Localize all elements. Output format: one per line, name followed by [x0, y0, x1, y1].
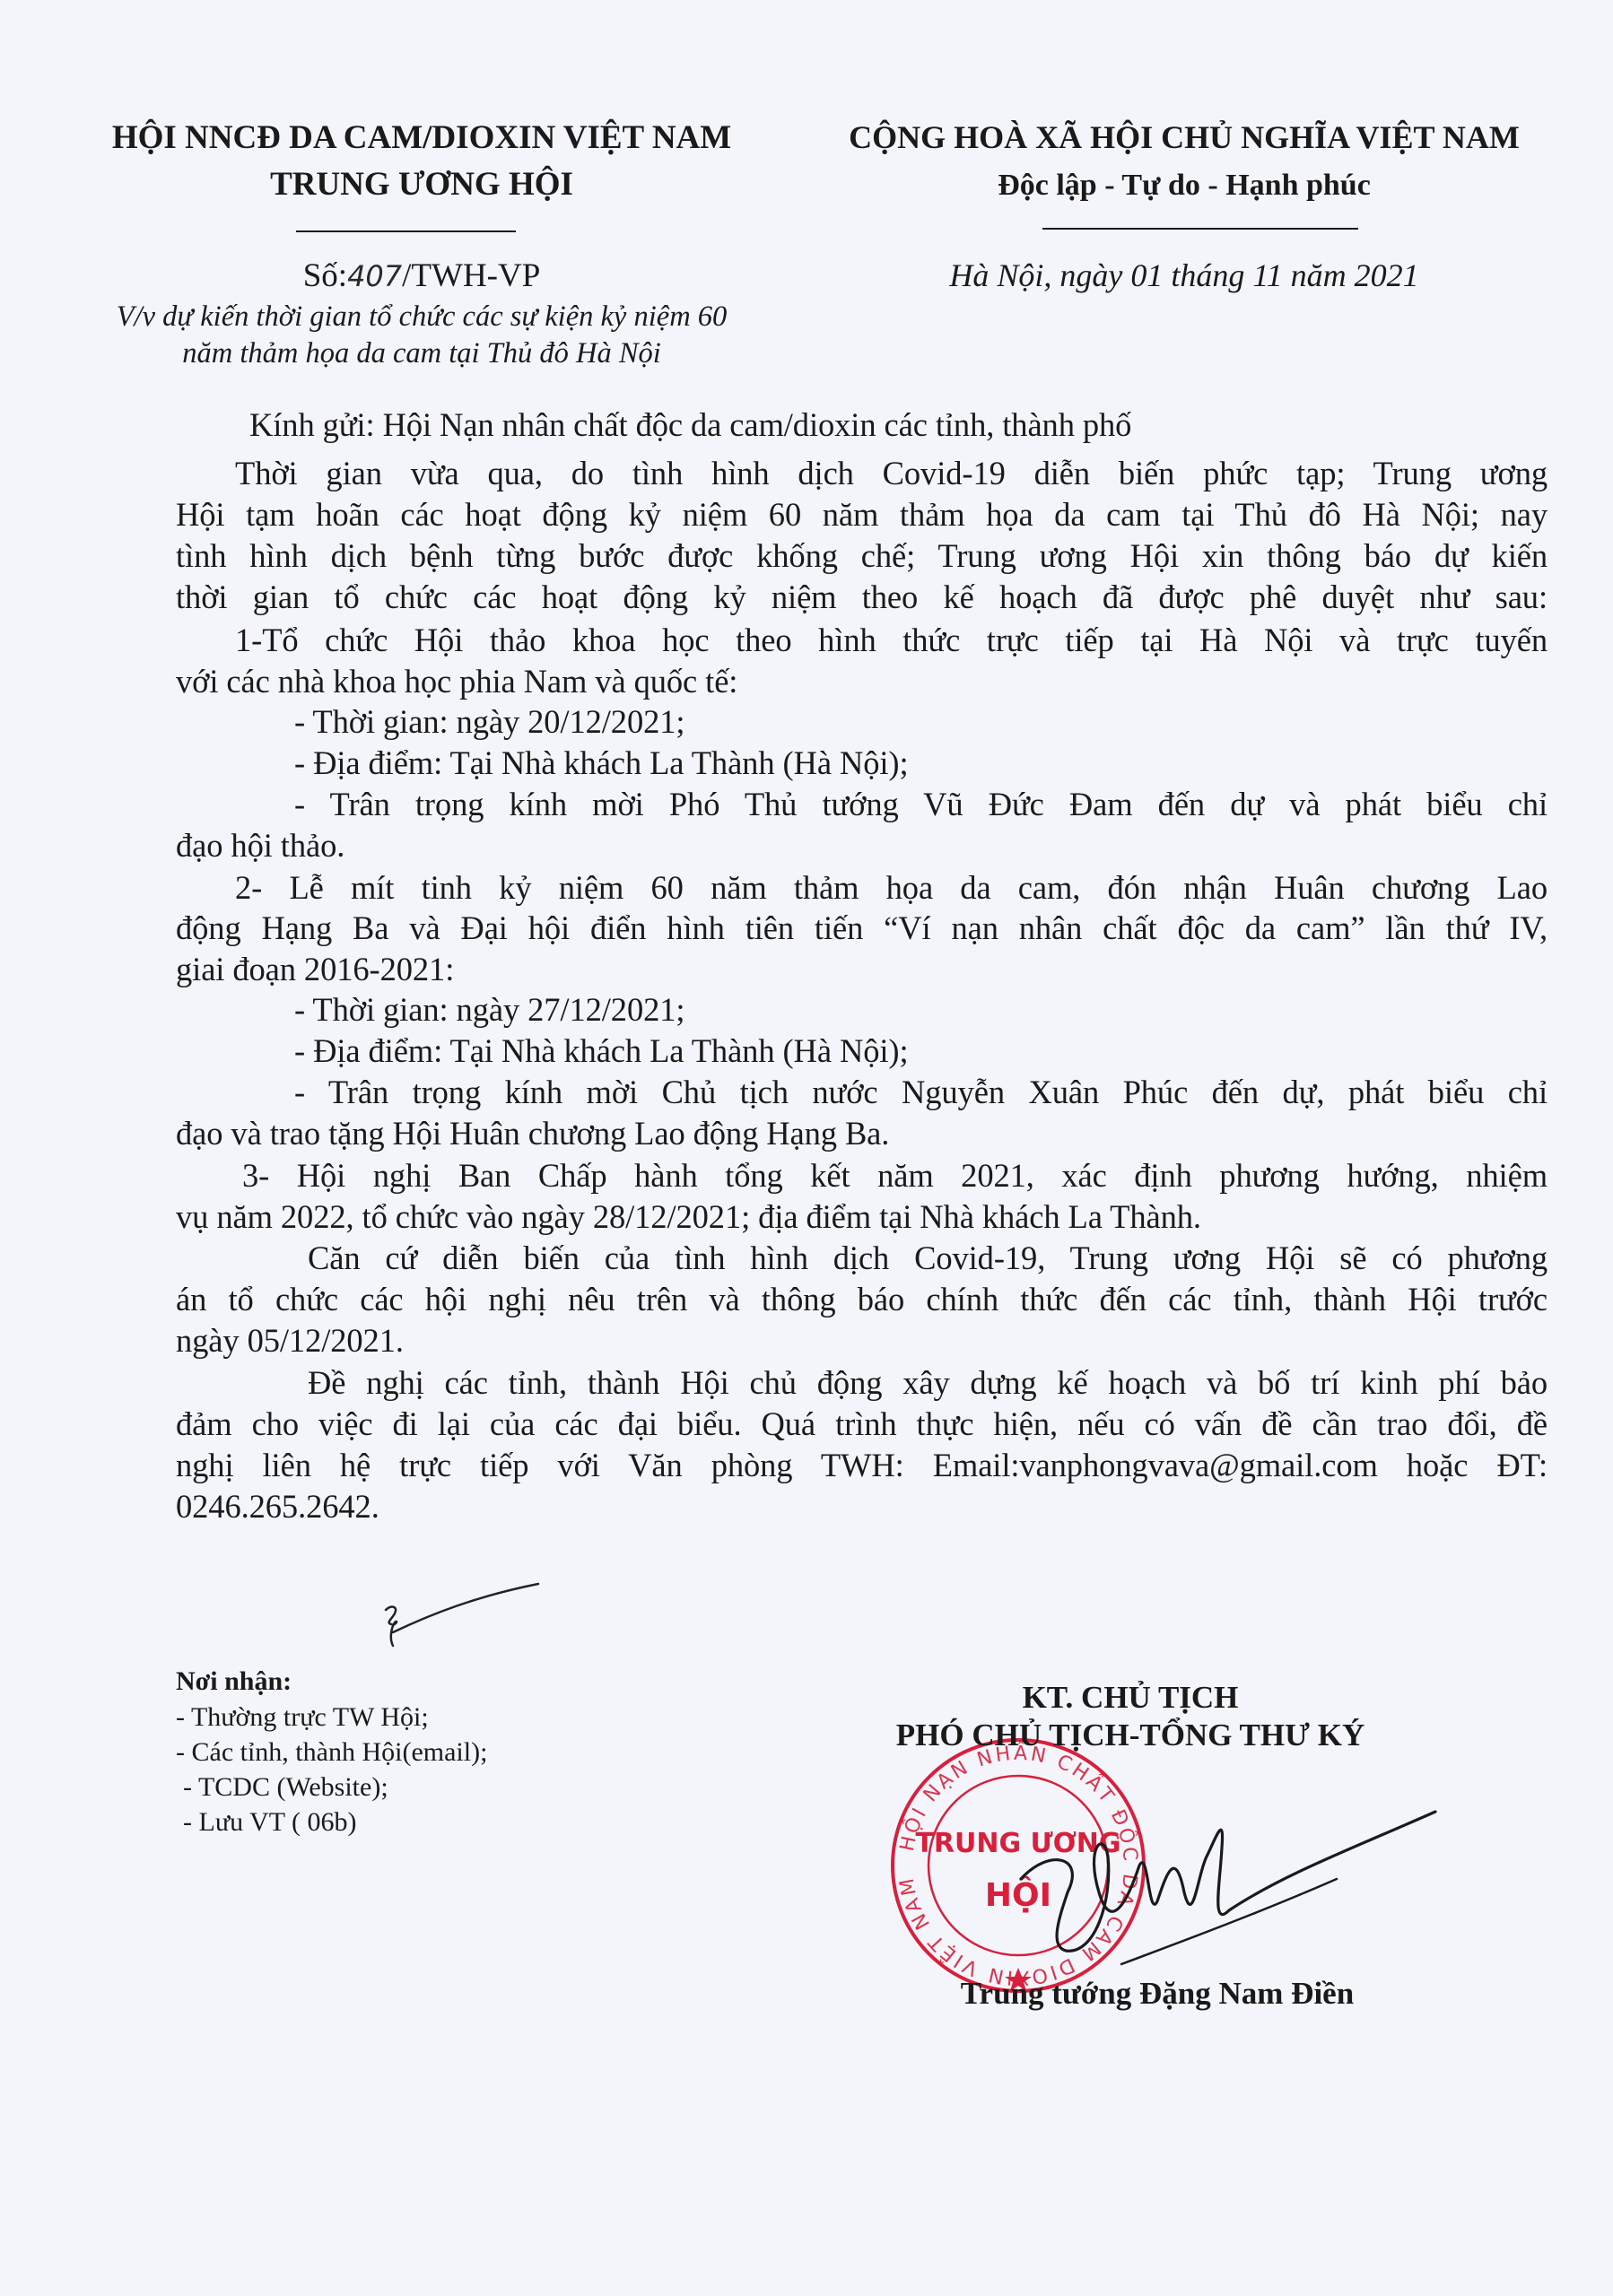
body-line: nghị liên hệ trực tiếp với Văn phòng TWH… [176, 1446, 1548, 1484]
document-number: Số:407/TWH-VP [81, 257, 763, 295]
body-line: 2- Lễ mít tinh kỷ niệm 60 năm thảm họa d… [235, 868, 1548, 907]
body-line: - Trân trọng kính mời Phó Thủ tướng Vũ Đ… [294, 785, 1548, 823]
body-line: tình hình dịch bệnh từng bước được khống… [176, 536, 1548, 575]
left-header-rule [296, 230, 516, 232]
body-line: Hội tạm hoãn các hoạt động kỷ niệm 60 nă… [176, 495, 1548, 534]
recipient-item: - Các tỉnh, thành Hội(email); [176, 1737, 487, 1768]
body-line: - Thời gian: ngày 20/12/2021; [294, 702, 684, 741]
body-line: Thời gian vừa qua, do tình hình dịch Cov… [235, 454, 1548, 492]
body-line: ngày 05/12/2021. [176, 1321, 404, 1360]
signature-title: PHÓ CHỦ TỊCH-TỔNG THƯ KÝ [861, 1718, 1399, 1753]
body-line: thời gian tổ chức các hoạt động kỷ niệm … [176, 578, 1548, 616]
body-line: động Hạng Ba và Đại hội điển hình tiên t… [176, 909, 1548, 947]
initials-mark [377, 1578, 547, 1659]
body-line: - Địa điểm: Tại Nhà khách La Thành (Hà N… [294, 744, 909, 782]
recipients-title: Nơi nhận: [176, 1666, 292, 1697]
handwritten-signature [1014, 1794, 1444, 1973]
signature-authority: KT. CHỦ TỊCH [924, 1680, 1337, 1716]
doc-number-handwritten: 407 [347, 259, 402, 293]
body-line: - Trân trọng kính mời Chủ tịch nước Nguy… [294, 1073, 1548, 1111]
subject-line-2: năm thảm họa da cam tại Thủ đô Hà Nội [81, 337, 763, 370]
recipient-item: - Thường trực TW Hội; [176, 1702, 429, 1733]
body-line: Căn cứ diễn biến của tình hình dịch Covi… [308, 1239, 1548, 1277]
body-line: với các nhà khoa học phia Nam và quốc tế… [176, 662, 737, 700]
body-line: đảm cho việc đi lại của các đại biểu. Qu… [176, 1405, 1548, 1443]
body-line: - Địa điểm: Tại Nhà khách La Thành (Hà N… [294, 1031, 909, 1070]
doc-number-suffix: /TWH-VP [402, 257, 540, 294]
org-name: HỘI NNCĐ DA CAM/DIOXIN VIỆT NAM [81, 118, 763, 157]
subject-line-1: V/v dự kiến thời gian tổ chức các sự kiệ… [81, 300, 763, 334]
body-line: án tổ chức các hội nghị nêu trên và thôn… [176, 1280, 1548, 1318]
national-motto: Độc lập - Tự do - Hạnh phúc [789, 169, 1579, 203]
place-date: Hà Nội, ngày 01 tháng 11 năm 2021 [789, 257, 1579, 294]
body-line: đạo hội thảo. [176, 826, 344, 865]
body-line: 3- Hội nghị Ban Chấp hành tổng kết năm 2… [242, 1156, 1548, 1195]
recipient-item: - TCDC (Website); [183, 1772, 388, 1803]
body-line: Đề nghị các tỉnh, thành Hội chủ động xây… [308, 1363, 1548, 1402]
doc-number-prefix: Số: [303, 257, 347, 294]
body-line: đạo và trao tặng Hội Huân chương Lao độn… [176, 1114, 889, 1152]
signer-name: Trung tướng Đặng Nam Điền [879, 1976, 1435, 2012]
body-line: vụ năm 2022, tổ chức vào ngày 28/12/2021… [176, 1197, 1201, 1236]
body-line: giai đoạn 2016-2021: [176, 950, 454, 988]
body-line: 0246.265.2642. [176, 1487, 379, 1526]
right-header-rule [1042, 228, 1358, 230]
body-line: - Thời gian: ngày 27/12/2021; [294, 990, 684, 1029]
body-line: 1-Tổ chức Hội thảo khoa học theo hình th… [235, 621, 1548, 659]
salutation: Kính gửi: Hội Nạn nhân chất độc da cam/d… [249, 405, 1131, 444]
nation-title: CỘNG HOÀ XÃ HỘI CHỦ NGHĨA VIỆT NAM [789, 118, 1579, 156]
org-unit: TRUNG ƯƠNG HỘI [81, 165, 763, 204]
recipient-item: - Lưu VT ( 06b) [183, 1807, 356, 1838]
